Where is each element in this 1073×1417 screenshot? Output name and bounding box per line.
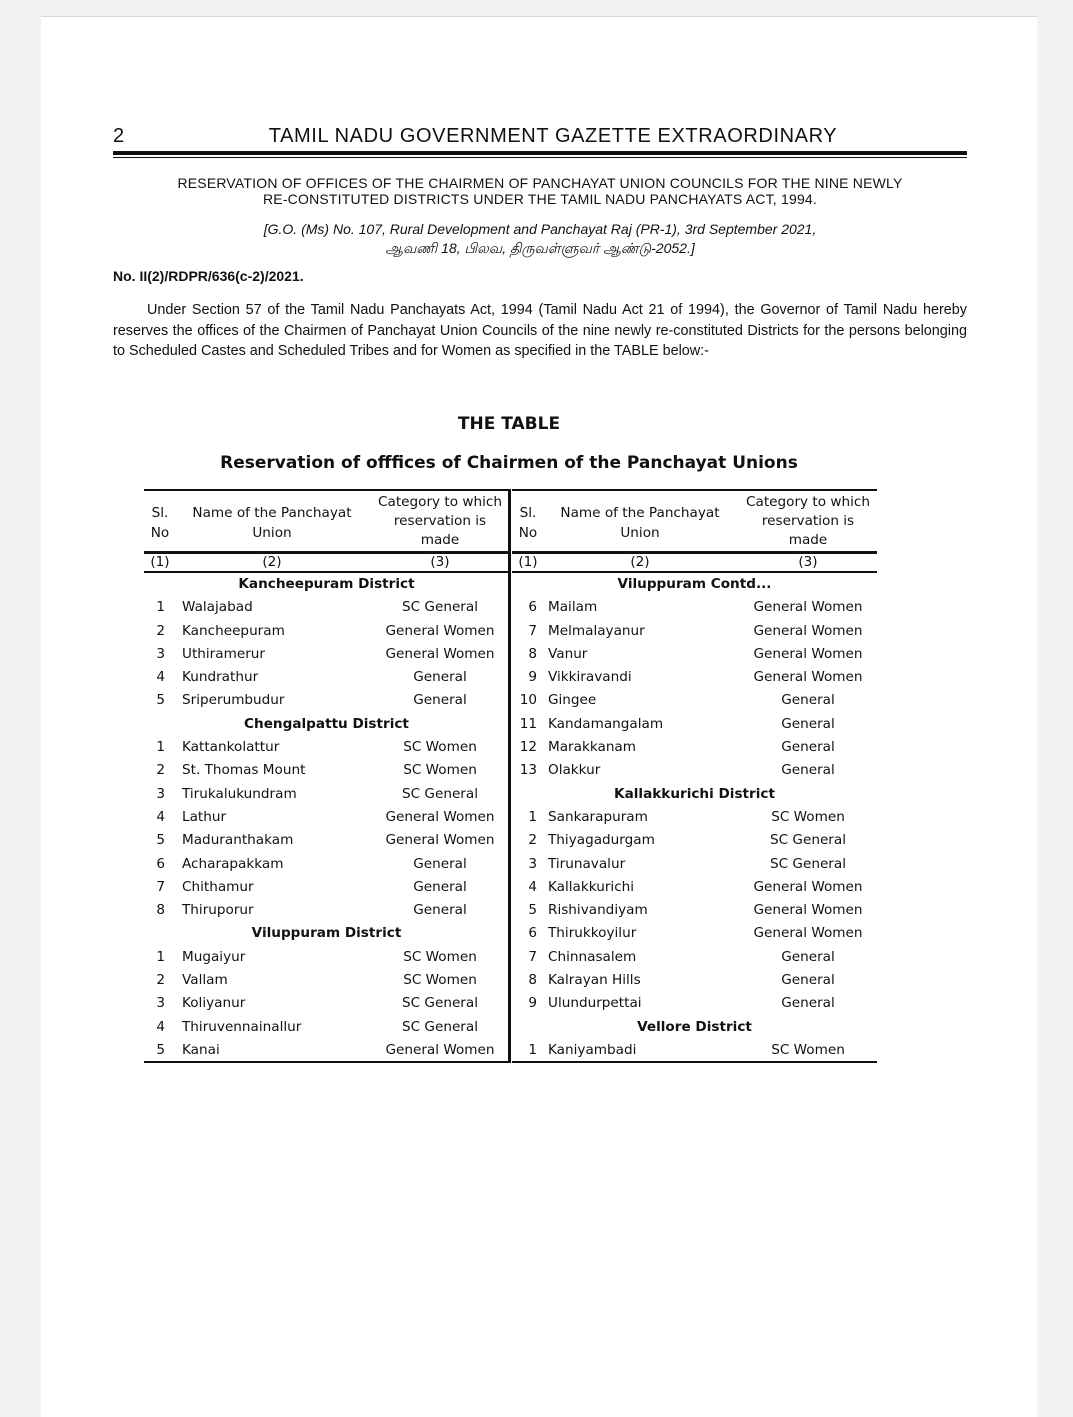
column-number-2: (2) bbox=[550, 554, 730, 571]
reservation-category: General Women bbox=[370, 829, 510, 852]
column-number-1: (1) bbox=[512, 554, 544, 571]
heading-line-1: RESERVATION OF OFFICES OF THE CHAIRMEN O… bbox=[113, 175, 967, 191]
reservation-category: General Women bbox=[370, 620, 510, 643]
table-row: 7MelmalayanurGeneral Women bbox=[512, 620, 877, 643]
panchayat-union-name: Uthiramerur bbox=[182, 643, 265, 666]
serial-number: 1 bbox=[144, 946, 165, 969]
serial-number: 6 bbox=[144, 853, 165, 876]
reservation-category: General bbox=[370, 666, 510, 689]
panchayat-union-name: Mailam bbox=[548, 596, 597, 619]
header-rule-thick bbox=[113, 151, 967, 155]
table-row: 9UlundurpettaiGeneral bbox=[512, 992, 877, 1015]
serial-number: 3 bbox=[144, 992, 165, 1015]
reservation-category: SC General bbox=[738, 853, 878, 876]
district-heading: Chengalpattu District bbox=[144, 713, 509, 736]
serial-number: 13 bbox=[512, 759, 537, 782]
column-number-3: (3) bbox=[370, 554, 510, 571]
district-heading: Viluppuram District bbox=[144, 922, 509, 945]
reservation-category: SC General bbox=[370, 596, 510, 619]
panchayat-union-name: Tirunavalur bbox=[548, 853, 625, 876]
table-row: 4ThiruvennainallurSC General bbox=[144, 1016, 509, 1039]
table-row: 6ThirukkoyilurGeneral Women bbox=[512, 922, 877, 945]
table-row: 8VanurGeneral Women bbox=[512, 643, 877, 666]
table-row: 3KoliyanurSC General bbox=[144, 992, 509, 1015]
serial-number: 4 bbox=[144, 666, 165, 689]
reservation-category: SC Women bbox=[370, 759, 510, 782]
serial-number: 6 bbox=[512, 596, 537, 619]
panchayat-union-name: Kattankolattur bbox=[182, 736, 279, 759]
table-row: 3UthiramerurGeneral Women bbox=[144, 643, 509, 666]
panchayat-union-name: Melmalayanur bbox=[548, 620, 645, 643]
serial-number: 7 bbox=[512, 946, 537, 969]
panchayat-union-name: St. Thomas Mount bbox=[182, 759, 305, 782]
reservation-category: SC General bbox=[370, 992, 510, 1015]
reservation-category: General Women bbox=[370, 1039, 510, 1062]
district-heading: Kallakkurichi District bbox=[512, 783, 877, 806]
reservation-category: SC Women bbox=[370, 736, 510, 759]
reservation-category: General Women bbox=[370, 806, 510, 829]
table-row: 4KallakkurichiGeneral Women bbox=[512, 876, 877, 899]
district-heading: Vellore District bbox=[512, 1016, 877, 1039]
header-rule-thin bbox=[113, 157, 967, 158]
panchayat-union-name: Olakkur bbox=[548, 759, 600, 782]
serial-number: 8 bbox=[144, 899, 165, 922]
reservation-category: General bbox=[370, 689, 510, 712]
table-row: 8ThiruporurGeneral bbox=[144, 899, 509, 922]
reservation-category: SC Women bbox=[738, 806, 878, 829]
panchayat-union-name: Thirukkoyilur bbox=[548, 922, 636, 945]
table-row: 7ChithamurGeneral bbox=[144, 876, 509, 899]
column-number-2: (2) bbox=[182, 554, 362, 571]
panchayat-union-name: Vallam bbox=[182, 969, 228, 992]
reservation-category: General bbox=[738, 736, 878, 759]
serial-number: 9 bbox=[512, 666, 537, 689]
table-row: 5SriperumbudurGeneral bbox=[144, 689, 509, 712]
serial-number: 1 bbox=[512, 806, 537, 829]
reservation-category: General bbox=[370, 853, 510, 876]
table-row: 12MarakkanamGeneral bbox=[512, 736, 877, 759]
table-header: Sl.No Name of the PanchayatUnion Categor… bbox=[144, 489, 509, 551]
table-subtitle: Reservation of offfices of Chairmen of t… bbox=[41, 453, 977, 473]
serial-number: 2 bbox=[144, 620, 165, 643]
panchayat-union-name: Kaniyambadi bbox=[548, 1039, 636, 1062]
panchayat-union-name: Acharapakkam bbox=[182, 853, 283, 876]
column-number-row: (1) (2) (3) bbox=[512, 551, 877, 573]
serial-number: 7 bbox=[512, 620, 537, 643]
table-row: 1MugaiyurSC Women bbox=[144, 946, 509, 969]
panchayat-union-name: Kalrayan Hills bbox=[548, 969, 641, 992]
district-heading: Viluppuram Contd... bbox=[512, 573, 877, 596]
table-row: 10GingeeGeneral bbox=[512, 689, 877, 712]
serial-number: 5 bbox=[144, 1039, 165, 1062]
reservation-category: SC Women bbox=[370, 946, 510, 969]
serial-number: 9 bbox=[512, 992, 537, 1015]
table-row: 6MailamGeneral Women bbox=[512, 596, 877, 619]
panchayat-union-name: Walajabad bbox=[182, 596, 253, 619]
panchayat-union-name: Marakkanam bbox=[548, 736, 636, 759]
panchayat-union-name: Maduranthakam bbox=[182, 829, 293, 852]
panchayat-union-name: Vikkiravandi bbox=[548, 666, 632, 689]
reservation-category: General Women bbox=[370, 643, 510, 666]
serial-number: 3 bbox=[144, 643, 165, 666]
column-number-3: (3) bbox=[738, 554, 878, 571]
reservation-category: SC Women bbox=[738, 1039, 878, 1062]
reservation-category: General Women bbox=[738, 922, 878, 945]
serial-number: 1 bbox=[144, 736, 165, 759]
serial-number: 10 bbox=[512, 689, 537, 712]
table-title: THE TABLE bbox=[41, 414, 977, 434]
panchayat-union-name: Gingee bbox=[548, 689, 596, 712]
reservation-category: General bbox=[738, 689, 878, 712]
table-row: 1SankarapuramSC Women bbox=[512, 806, 877, 829]
serial-number: 6 bbox=[512, 922, 537, 945]
serial-number: 5 bbox=[512, 899, 537, 922]
notification-heading: RESERVATION OF OFFICES OF THE CHAIRMEN O… bbox=[113, 175, 967, 207]
table-row: 5MaduranthakamGeneral Women bbox=[144, 829, 509, 852]
table-bottom-rule-right bbox=[512, 1061, 877, 1063]
order-number: No. II(2)/RDPR/636(c-2)/2021. bbox=[113, 268, 304, 284]
panchayat-union-name: Kundrathur bbox=[182, 666, 258, 689]
panchayat-union-name: Kancheepuram bbox=[182, 620, 285, 643]
reservation-category: General Women bbox=[738, 876, 878, 899]
serial-number: 12 bbox=[512, 736, 537, 759]
table-row: 2St. Thomas MountSC Women bbox=[144, 759, 509, 782]
gazette-header: 2 TAMIL NADU GOVERNMENT GAZETTE EXTRAORD… bbox=[113, 125, 967, 147]
header-category: Category to whichreservation ismade bbox=[370, 493, 510, 550]
panchayat-union-name: Thiruporur bbox=[182, 899, 254, 922]
serial-number: 1 bbox=[512, 1039, 537, 1062]
reservation-category: General bbox=[370, 899, 510, 922]
header-panchayat-name: Name of the PanchayatUnion bbox=[550, 503, 730, 543]
table-row: 11KandamangalamGeneral bbox=[512, 713, 877, 736]
serial-number: 11 bbox=[512, 713, 537, 736]
serial-number: 4 bbox=[512, 876, 537, 899]
panchayat-union-name: Vanur bbox=[548, 643, 587, 666]
panchayat-union-name: Chinnasalem bbox=[548, 946, 636, 969]
panchayat-union-name: Kandamangalam bbox=[548, 713, 663, 736]
go-reference-line-1: [G.O. (Ms) No. 107, Rural Development an… bbox=[113, 220, 967, 239]
table-row: 2KancheepuramGeneral Women bbox=[144, 620, 509, 643]
panchayat-union-name: Rishivandiyam bbox=[548, 899, 648, 922]
go-reference-line-2: ஆவணி 18, பிலவ, திருவள்ளுவர் ஆண்டு-2052.] bbox=[113, 239, 967, 258]
panchayat-union-name: Koliyanur bbox=[182, 992, 245, 1015]
column-number-1: (1) bbox=[144, 554, 176, 571]
reservation-category: General bbox=[738, 946, 878, 969]
serial-number: 7 bbox=[144, 876, 165, 899]
panchayat-union-name: Sankarapuram bbox=[548, 806, 648, 829]
table-column-divider bbox=[508, 489, 511, 1063]
district-heading: Kancheepuram District bbox=[144, 573, 509, 596]
reservation-category: General bbox=[370, 876, 510, 899]
panchayat-union-name: Thiruvennainallur bbox=[182, 1016, 301, 1039]
table-row: 13OlakkurGeneral bbox=[512, 759, 877, 782]
table-row: 3TirukalukundramSC General bbox=[144, 783, 509, 806]
table-row: 2VallamSC Women bbox=[144, 969, 509, 992]
table-left-half: Sl.No Name of the PanchayatUnion Categor… bbox=[144, 489, 509, 1062]
reservation-category: SC Women bbox=[370, 969, 510, 992]
serial-number: 4 bbox=[144, 806, 165, 829]
reservation-category: SC General bbox=[370, 1016, 510, 1039]
table-row: 1KattankolatturSC Women bbox=[144, 736, 509, 759]
reservation-category: General bbox=[738, 969, 878, 992]
serial-number: 3 bbox=[512, 853, 537, 876]
panchayat-union-name: Chithamur bbox=[182, 876, 254, 899]
header-panchayat-name: Name of the PanchayatUnion bbox=[182, 503, 362, 543]
header-category: Category to whichreservation ismade bbox=[738, 493, 878, 550]
serial-number: 5 bbox=[144, 689, 165, 712]
table-header: Sl.No Name of the PanchayatUnion Categor… bbox=[512, 489, 877, 551]
go-reference: [G.O. (Ms) No. 107, Rural Development an… bbox=[113, 220, 967, 258]
reservation-category: General Women bbox=[738, 596, 878, 619]
panchayat-union-name: Lathur bbox=[182, 806, 226, 829]
notification-body: Under Section 57 of the Tamil Nadu Panch… bbox=[113, 300, 967, 362]
reservation-category: General Women bbox=[738, 666, 878, 689]
gazette-page: 2 TAMIL NADU GOVERNMENT GAZETTE EXTRAORD… bbox=[41, 16, 1037, 1417]
gazette-title: TAMIL NADU GOVERNMENT GAZETTE EXTRAORDIN… bbox=[113, 125, 967, 148]
reservation-category: SC General bbox=[738, 829, 878, 852]
table-row: 2ThiyagadurgamSC General bbox=[512, 829, 877, 852]
serial-number: 2 bbox=[144, 759, 165, 782]
table-row: 5KanaiGeneral Women bbox=[144, 1039, 509, 1062]
serial-number: 5 bbox=[144, 829, 165, 852]
reservation-category: General bbox=[738, 713, 878, 736]
reservation-category: General bbox=[738, 992, 878, 1015]
table-row: 6AcharapakkamGeneral bbox=[144, 853, 509, 876]
serial-number: 4 bbox=[144, 1016, 165, 1039]
table-row: 8Kalrayan HillsGeneral bbox=[512, 969, 877, 992]
table-row: 5RishivandiyamGeneral Women bbox=[512, 899, 877, 922]
panchayat-union-name: Tirukalukundram bbox=[182, 783, 297, 806]
reservation-category: General Women bbox=[738, 899, 878, 922]
table-body-left: Kancheepuram District1WalajabadSC Genera… bbox=[144, 573, 509, 1062]
table-row: 7ChinnasalemGeneral bbox=[512, 946, 877, 969]
table-body-right: Viluppuram Contd...6MailamGeneral Women7… bbox=[512, 573, 877, 1062]
reservation-category: General Women bbox=[738, 620, 878, 643]
serial-number: 8 bbox=[512, 643, 537, 666]
reservation-category: SC General bbox=[370, 783, 510, 806]
column-number-row: (1) (2) (3) bbox=[144, 551, 509, 573]
panchayat-union-name: Mugaiyur bbox=[182, 946, 245, 969]
panchayat-union-name: Kanai bbox=[182, 1039, 220, 1062]
table-right-half: Sl.No Name of the PanchayatUnion Categor… bbox=[512, 489, 877, 1062]
panchayat-union-name: Sriperumbudur bbox=[182, 689, 285, 712]
table-row: 1KaniyambadiSC Women bbox=[512, 1039, 877, 1062]
table-row: 1WalajabadSC General bbox=[144, 596, 509, 619]
table-row: 3TirunavalurSC General bbox=[512, 853, 877, 876]
serial-number: 3 bbox=[144, 783, 165, 806]
table-bottom-rule-left bbox=[144, 1061, 510, 1063]
header-sl-no: Sl.No bbox=[512, 503, 544, 543]
serial-number: 8 bbox=[512, 969, 537, 992]
reservation-category: General bbox=[738, 759, 878, 782]
reservation-category: General Women bbox=[738, 643, 878, 666]
heading-line-2: RE-CONSTITUTED DISTRICTS UNDER THE TAMIL… bbox=[113, 191, 967, 207]
serial-number: 2 bbox=[512, 829, 537, 852]
panchayat-union-name: Kallakkurichi bbox=[548, 876, 634, 899]
panchayat-union-name: Thiyagadurgam bbox=[548, 829, 655, 852]
table-row: 4LathurGeneral Women bbox=[144, 806, 509, 829]
header-sl-no: Sl.No bbox=[144, 503, 176, 543]
table-row: 9VikkiravandiGeneral Women bbox=[512, 666, 877, 689]
serial-number: 2 bbox=[144, 969, 165, 992]
panchayat-union-name: Ulundurpettai bbox=[548, 992, 642, 1015]
table-row: 4KundrathurGeneral bbox=[144, 666, 509, 689]
serial-number: 1 bbox=[144, 596, 165, 619]
